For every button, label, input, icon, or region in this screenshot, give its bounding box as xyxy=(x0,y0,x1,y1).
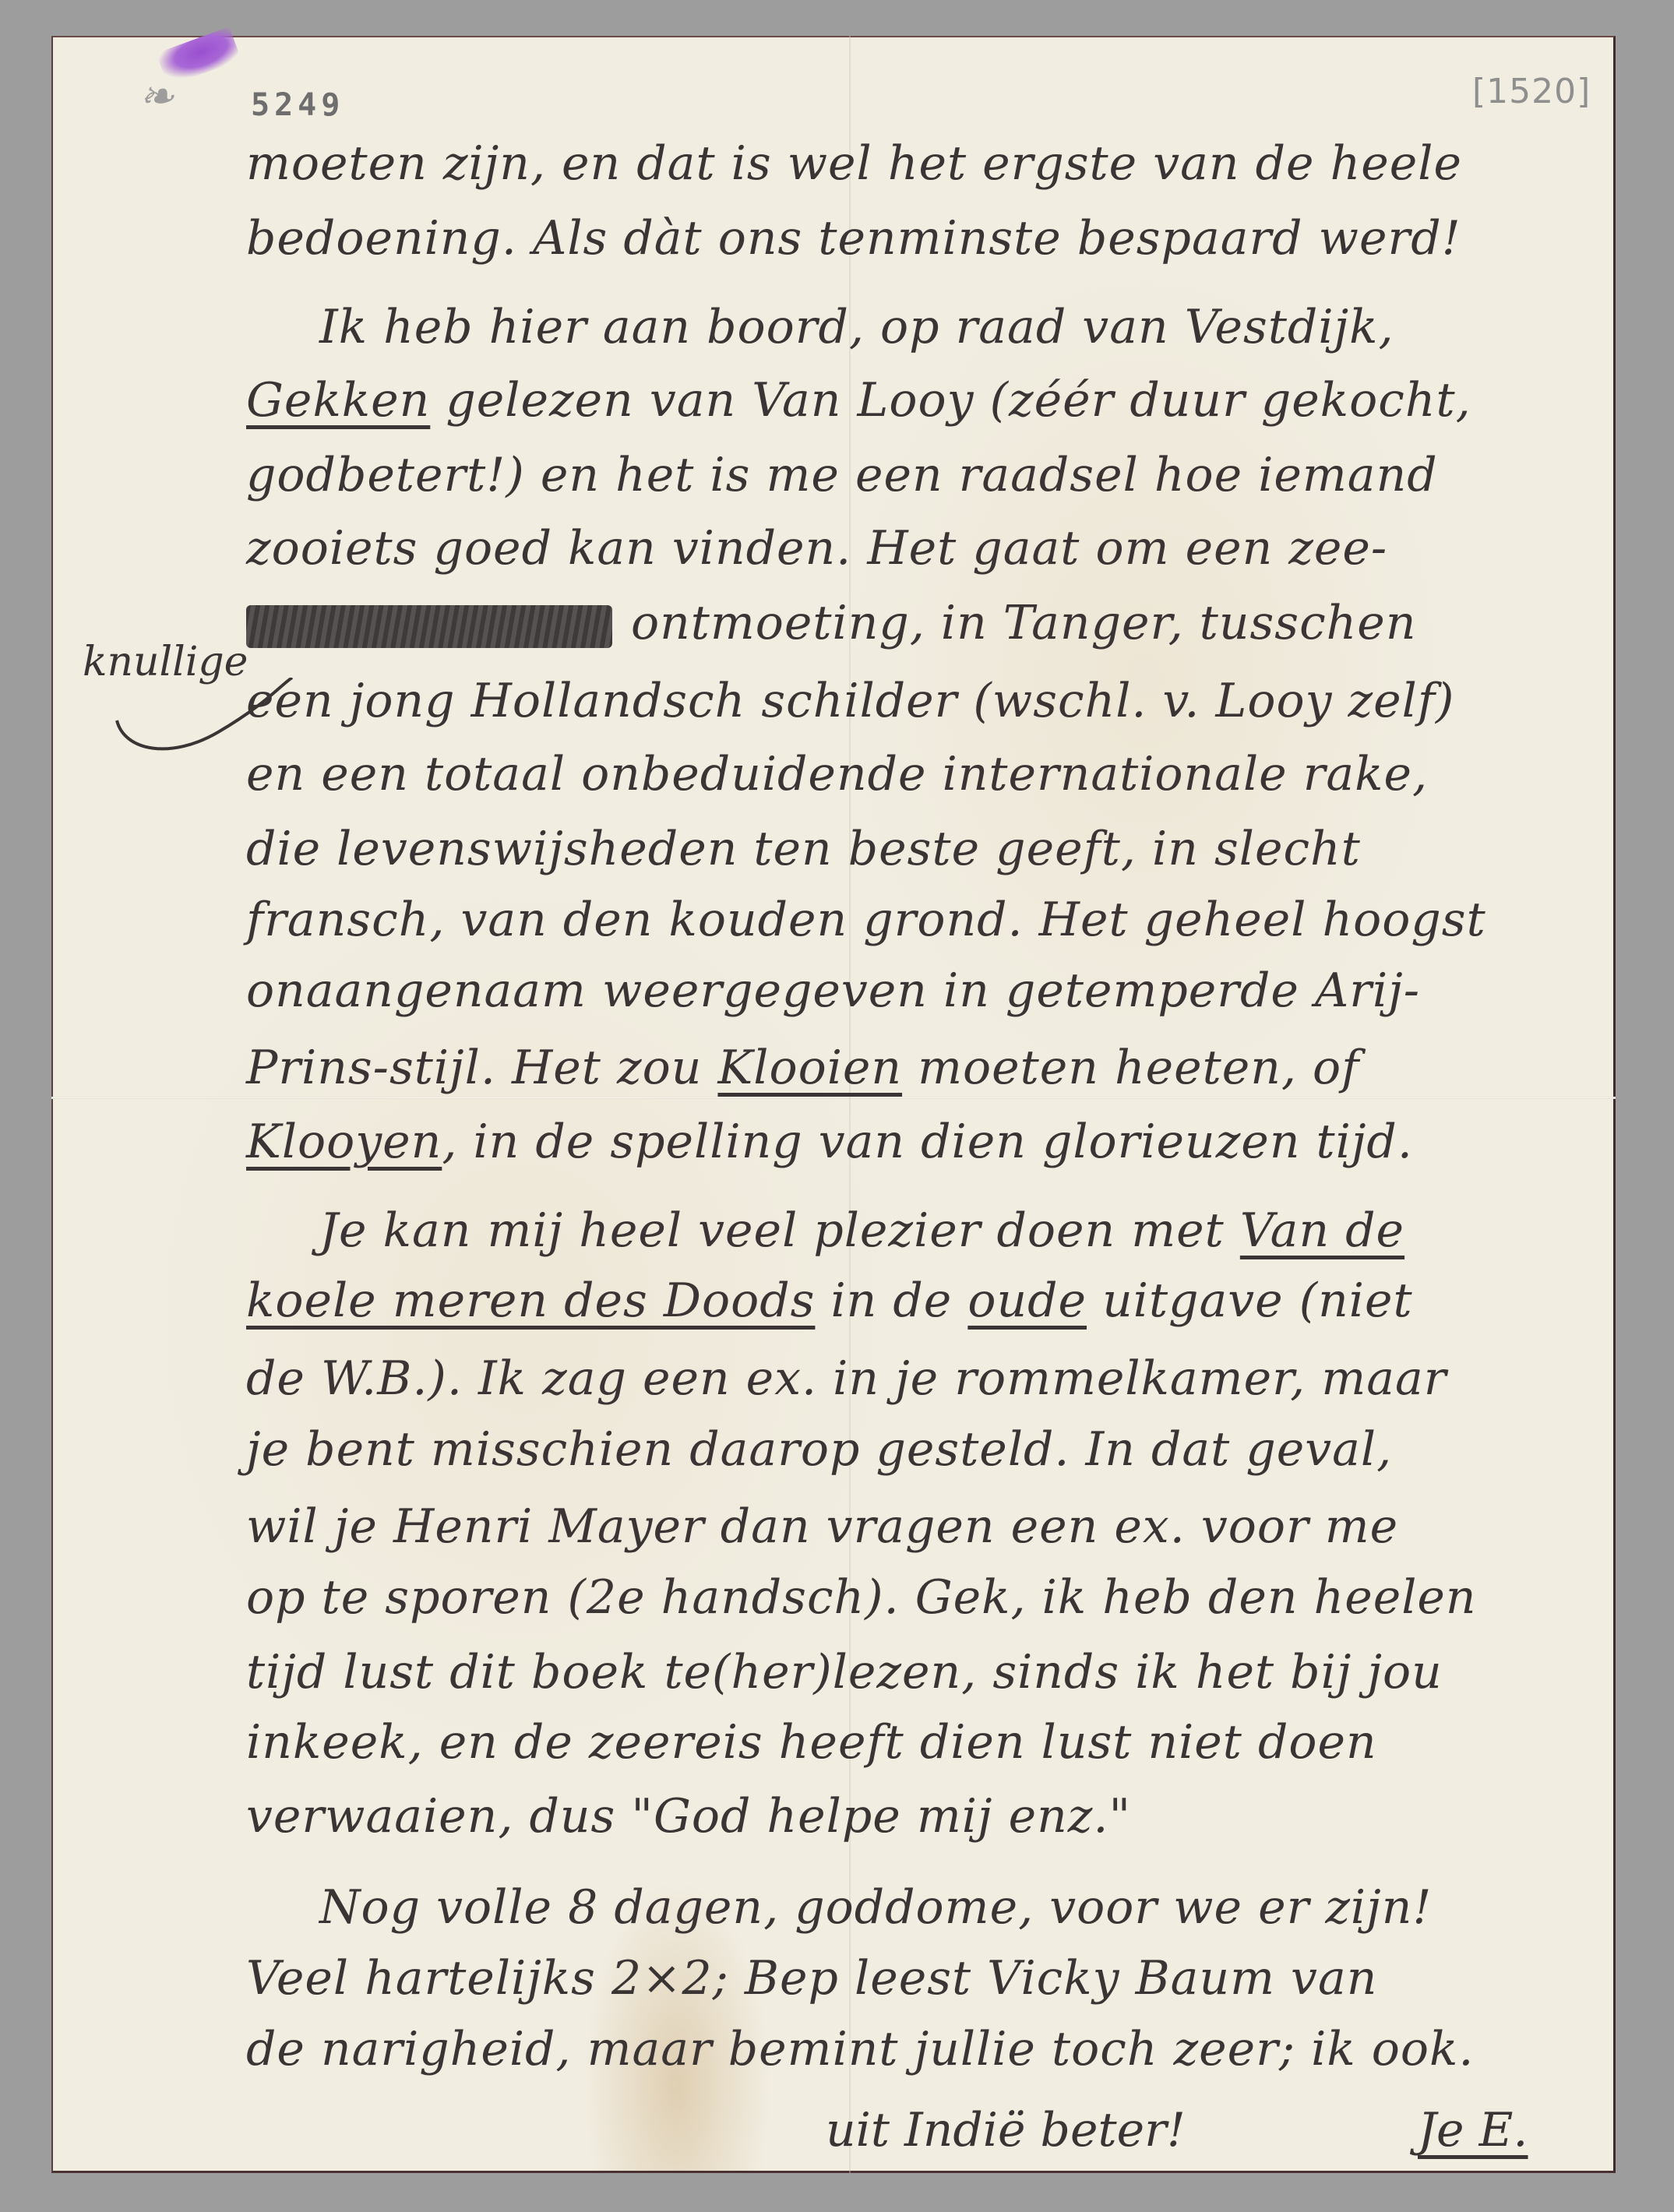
underlined-title: Gekken xyxy=(246,373,430,428)
underlined-title: Klooien xyxy=(717,1041,902,1095)
letter-line: inkeek, en de zeereis heeft dien lust ni… xyxy=(246,1711,1377,1773)
letter-line: Gekken gelezen van Van Looy (zéér duur g… xyxy=(246,369,1471,431)
letter-line: Prins-stijl. Het zou Klooien moeten heet… xyxy=(246,1037,1359,1099)
letter-line: op te sporen (2e handsch). Gek, ik heb d… xyxy=(246,1566,1477,1629)
letter-line: zooiets goed kan vinden. Het gaat om een… xyxy=(246,517,1387,579)
letter-line: Je kan mij heel veel plezier doen met Va… xyxy=(319,1199,1404,1262)
letter-line: Ik heb hier aan boord, op raad van Vestd… xyxy=(319,296,1394,358)
letter-line: onaangenaam weergegeven in getemperde Ar… xyxy=(246,960,1420,1022)
letter-line: Nog volle 8 dagen, goddome, voor we er z… xyxy=(319,1876,1432,1939)
letter-line: koele meren des Doods in de oude uitgave… xyxy=(246,1270,1413,1332)
letter-line: fransch, van den kouden grond. Het gehee… xyxy=(246,889,1486,951)
signature: Je E. xyxy=(1418,2103,1528,2157)
closing-wish: uit Indië beter! xyxy=(826,2103,1186,2157)
letter-line: Veel hartelijks 2×2; Bep leest Vicky Bau… xyxy=(246,1947,1377,2009)
underlined-title: koele meren des Doods xyxy=(246,1273,815,1328)
letter-line: die levenswijsheden ten beste geeft, in … xyxy=(246,818,1361,880)
collection-stamp-logo-icon: ❧ xyxy=(139,72,224,150)
collection-stamp-number: 5249 xyxy=(251,87,344,123)
letter-line: een jong Hollandsch schilder (wschl. v. … xyxy=(246,670,1454,732)
struck-out-word xyxy=(246,605,612,648)
letter-line: godbetert!) en het is me een raadsel hoe… xyxy=(246,444,1438,506)
letter-line: bedoening. Als dàt ons tenminste bespaar… xyxy=(246,207,1461,269)
letter-line: en een totaal onbeduidende international… xyxy=(246,743,1428,805)
letter-line: verwaaien, dus "God helpe mij enz." xyxy=(246,1785,1131,1847)
archive-number: [1520] xyxy=(1472,72,1591,111)
letter-line: tijd lust dit boek te(her)lezen, sinds i… xyxy=(246,1641,1443,1703)
letter-line: de W.B.). Ik zag een ex. in je rommelkam… xyxy=(246,1347,1447,1410)
letter-line: Klooyen, in de spelling van dien glorieu… xyxy=(246,1111,1413,1173)
letter-line: ontmoeting, in Tanger, tusschen xyxy=(246,592,1416,654)
underlined-title: Klooyen xyxy=(246,1115,442,1169)
letter-line: wil je Henri Mayer dan vragen een ex. vo… xyxy=(246,1495,1398,1558)
letter-line: moeten zijn, en dat is wel het ergste va… xyxy=(246,132,1462,195)
underlined-word: oude xyxy=(967,1273,1087,1328)
letter-line: de narigheid, maar bemint jullie toch ze… xyxy=(246,2018,1474,2080)
letter-line: je bent misschien daarop gesteld. In dat… xyxy=(246,1418,1392,1481)
underlined-title: Van de xyxy=(1240,1203,1404,1258)
